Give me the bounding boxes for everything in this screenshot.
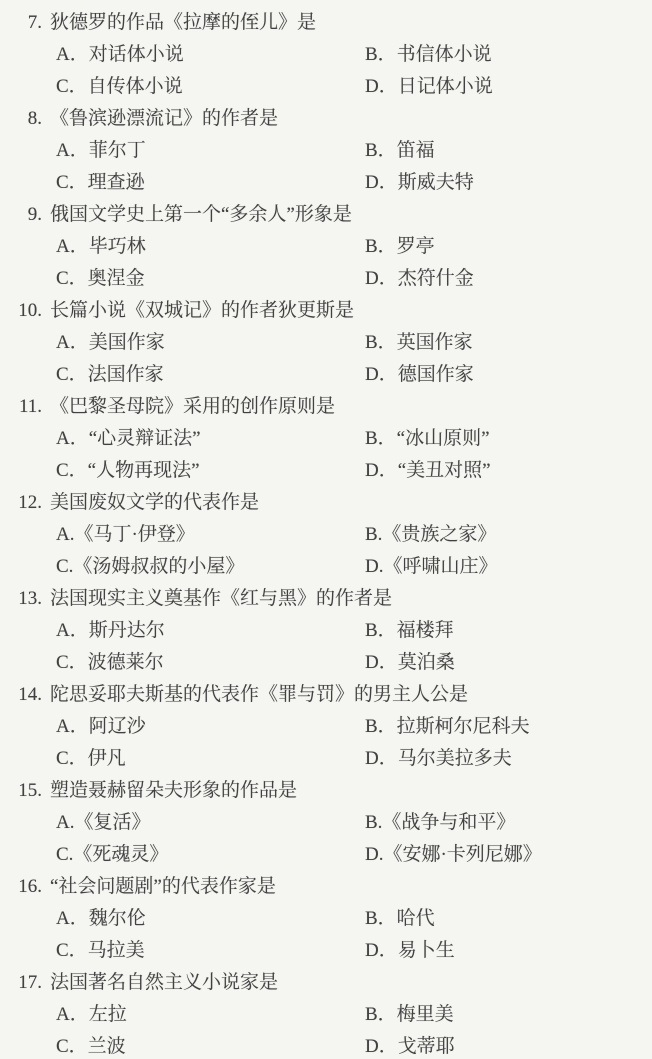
option-c: C．波德莱尔: [56, 647, 365, 679]
option-a: A．魏尔伦: [56, 903, 365, 935]
question-stem: 陀思妥耶夫斯基的代表作《罪与罚》的男主人公是: [50, 679, 468, 711]
options-row: C.《死魂灵》 D.《安娜·卡列尼娜》: [0, 839, 652, 871]
question-number: 9.: [12, 199, 42, 231]
options-row: C．自传体小说 D．日记体小说: [0, 71, 652, 103]
options-row: A．阿辽沙 B．拉斯柯尔尼科夫: [0, 711, 652, 743]
question-number: 14.: [12, 679, 42, 711]
question-stem: 法国现实主义奠基作《红与黑》的作者是: [50, 583, 392, 615]
options-row: A．美国作家 B．英国作家: [0, 327, 652, 359]
option-c: C．理查逊: [56, 167, 365, 199]
question-stem-row: 9. 俄国文学史上第一个“多余人”形象是: [0, 199, 652, 231]
options-row: C．理查逊 D．斯威夫特: [0, 167, 652, 199]
option-b: B.《贵族之家》: [365, 519, 496, 551]
option-b: B．笛福: [365, 135, 435, 167]
question-number: 15.: [12, 775, 42, 807]
question-stem: 塑造聂赫留朵夫形象的作品是: [50, 775, 297, 807]
question-number: 10.: [12, 295, 42, 327]
question: 10. 长篇小说《双城记》的作者狄更斯是 A．美国作家 B．英国作家 C．法国作…: [0, 295, 652, 391]
options-row: C．奥涅金 D．杰符什金: [0, 263, 652, 295]
question: 9. 俄国文学史上第一个“多余人”形象是 A．毕巧林 B．罗亭 C．奥涅金 D．…: [0, 199, 652, 295]
option-a: A．菲尔丁: [56, 135, 365, 167]
option-b: B．福楼拜: [365, 615, 454, 647]
question-stem: 《鲁滨逊漂流记》的作者是: [50, 103, 278, 135]
question: 8. 《鲁滨逊漂流记》的作者是 A．菲尔丁 B．笛福 C．理查逊 D．斯威夫特: [0, 103, 652, 199]
question-number: 11.: [12, 391, 42, 423]
question: 13. 法国现实主义奠基作《红与黑》的作者是 A．斯丹达尔 B．福楼拜 C．波德…: [0, 583, 652, 679]
option-b: B．罗亭: [365, 231, 435, 263]
option-a: A．美国作家: [56, 327, 365, 359]
question-number: 8.: [12, 103, 42, 135]
options-row: A．菲尔丁 B．笛福: [0, 135, 652, 167]
option-d: D．德国作家: [365, 359, 474, 391]
option-d: D．戈蒂耶: [365, 1031, 455, 1059]
question: 16. “社会问题剧”的代表作家是 A．魏尔伦 B．哈代 C．马拉美 D．易卜生: [0, 871, 652, 967]
options-row: C．波德莱尔 D．莫泊桑: [0, 647, 652, 679]
options-row: A．毕巧林 B．罗亭: [0, 231, 652, 263]
question-stem-row: 11. 《巴黎圣母院》采用的创作原则是: [0, 391, 652, 423]
question-number: 7.: [12, 7, 42, 39]
option-d: D．斯威夫特: [365, 167, 474, 199]
option-d: D．马尔美拉多夫: [365, 743, 512, 775]
question-number: 16.: [12, 871, 42, 903]
option-c: C．马拉美: [56, 935, 365, 967]
option-c: C．奥涅金: [56, 263, 365, 295]
option-c: C．法国作家: [56, 359, 365, 391]
option-c: C．伊凡: [56, 743, 365, 775]
options-row: C．法国作家 D．德国作家: [0, 359, 652, 391]
option-b: B．“冰山原则”: [365, 423, 490, 455]
question-stem-row: 16. “社会问题剧”的代表作家是: [0, 871, 652, 903]
options-row: C．兰波 D．戈蒂耶: [0, 1031, 652, 1059]
question: 15. 塑造聂赫留朵夫形象的作品是 A.《复活》 B.《战争与和平》 C.《死魂…: [0, 775, 652, 871]
option-d: D.《安娜·卡列尼娜》: [365, 839, 542, 871]
options-row: A．魏尔伦 B．哈代: [0, 903, 652, 935]
question-stem-row: 13. 法国现实主义奠基作《红与黑》的作者是: [0, 583, 652, 615]
option-b: B．梅里美: [365, 999, 454, 1031]
option-d: D．莫泊桑: [365, 647, 455, 679]
option-b: B.《战争与和平》: [365, 807, 515, 839]
question-stem-row: 12. 美国废奴文学的代表作是: [0, 487, 652, 519]
options-row: A．左拉 B．梅里美: [0, 999, 652, 1031]
option-a: A．毕巧林: [56, 231, 365, 263]
option-a: A．“心灵辩证法”: [56, 423, 365, 455]
options-row: C．伊凡 D．马尔美拉多夫: [0, 743, 652, 775]
option-a: A．斯丹达尔: [56, 615, 365, 647]
question-stem: “社会问题剧”的代表作家是: [50, 871, 276, 903]
question-number: 17.: [12, 967, 42, 999]
option-c: C．兰波: [56, 1031, 365, 1059]
option-b: B．书信体小说: [365, 39, 492, 71]
question-stem: 法国著名自然主义小说家是: [50, 967, 278, 999]
option-d: D．易卜生: [365, 935, 455, 967]
option-b: B．哈代: [365, 903, 435, 935]
question: 7. 狄德罗的作品《拉摩的侄儿》是 A．对话体小说 B．书信体小说 C．自传体小…: [0, 7, 652, 103]
question: 14. 陀思妥耶夫斯基的代表作《罪与罚》的男主人公是 A．阿辽沙 B．拉斯柯尔尼…: [0, 679, 652, 775]
option-d: D.《呼啸山庄》: [365, 551, 497, 583]
option-c: C.《死魂灵》: [56, 839, 365, 871]
question-stem: 美国废奴文学的代表作是: [50, 487, 259, 519]
option-a: A．阿辽沙: [56, 711, 365, 743]
option-d: D．“美丑对照”: [365, 455, 491, 487]
question-stem: 长篇小说《双城记》的作者狄更斯是: [50, 295, 354, 327]
option-a: A．对话体小说: [56, 39, 365, 71]
question-stem: 《巴黎圣母院》采用的创作原则是: [50, 391, 335, 423]
option-a: A．左拉: [56, 999, 365, 1031]
option-b: B．拉斯柯尔尼科夫: [365, 711, 530, 743]
options-row: A．斯丹达尔 B．福楼拜: [0, 615, 652, 647]
option-c: C．“人物再现法”: [56, 455, 365, 487]
question: 17. 法国著名自然主义小说家是 A．左拉 B．梅里美 C．兰波 D．戈蒂耶: [0, 967, 652, 1059]
question-stem: 俄国文学史上第一个“多余人”形象是: [50, 199, 352, 231]
option-c: C．自传体小说: [56, 71, 365, 103]
options-row: A.《马丁·伊登》 B.《贵族之家》: [0, 519, 652, 551]
question-number: 12.: [12, 487, 42, 519]
question-stem-row: 14. 陀思妥耶夫斯基的代表作《罪与罚》的男主人公是: [0, 679, 652, 711]
question-stem-row: 8. 《鲁滨逊漂流记》的作者是: [0, 103, 652, 135]
option-d: D．杰符什金: [365, 263, 474, 295]
options-row: C.《汤姆叔叔的小屋》 D.《呼啸山庄》: [0, 551, 652, 583]
options-row: C．“人物再现法” D．“美丑对照”: [0, 455, 652, 487]
option-a: A.《复活》: [56, 807, 365, 839]
question-stem-row: 10. 长篇小说《双城记》的作者狄更斯是: [0, 295, 652, 327]
option-c: C.《汤姆叔叔的小屋》: [56, 551, 365, 583]
question: 12. 美国废奴文学的代表作是 A.《马丁·伊登》 B.《贵族之家》 C.《汤姆…: [0, 487, 652, 583]
option-b: B．英国作家: [365, 327, 473, 359]
option-a: A.《马丁·伊登》: [56, 519, 365, 551]
question-stem-row: 7. 狄德罗的作品《拉摩的侄儿》是: [0, 7, 652, 39]
options-row: A．“心灵辩证法” B．“冰山原则”: [0, 423, 652, 455]
option-d: D．日记体小说: [365, 71, 493, 103]
question: 11. 《巴黎圣母院》采用的创作原则是 A．“心灵辩证法” B．“冰山原则” C…: [0, 391, 652, 487]
question-number: 13.: [12, 583, 42, 615]
question-stem-row: 15. 塑造聂赫留朵夫形象的作品是: [0, 775, 652, 807]
options-row: A．对话体小说 B．书信体小说: [0, 39, 652, 71]
question-stem-row: 17. 法国著名自然主义小说家是: [0, 967, 652, 999]
exam-page: 7. 狄德罗的作品《拉摩的侄儿》是 A．对话体小说 B．书信体小说 C．自传体小…: [0, 0, 652, 1059]
question-stem: 狄德罗的作品《拉摩的侄儿》是: [50, 7, 316, 39]
options-row: C．马拉美 D．易卜生: [0, 935, 652, 967]
options-row: A.《复活》 B.《战争与和平》: [0, 807, 652, 839]
